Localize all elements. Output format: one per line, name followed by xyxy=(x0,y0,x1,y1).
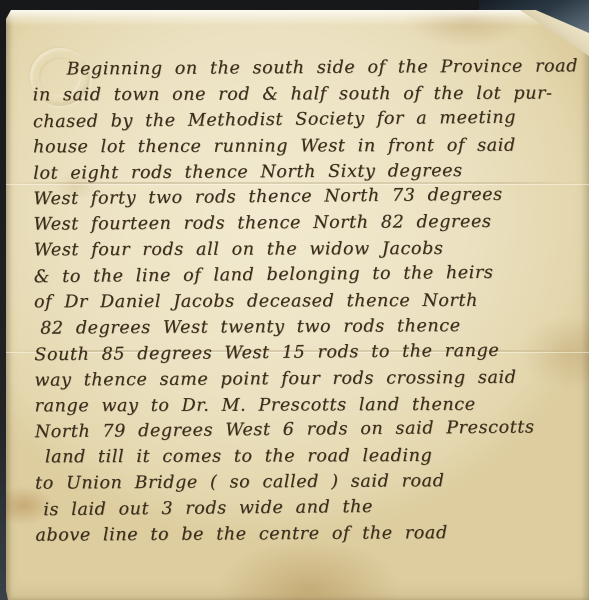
manuscript-line: & to the line of land belonging to the h… xyxy=(34,260,586,291)
manuscript-line: is laid out 3 rods wide and the xyxy=(35,493,587,524)
manuscript-line: above line to be the centre of the road xyxy=(35,520,587,549)
manuscript-line: Beginning on the south side of the Provi… xyxy=(33,54,585,83)
manuscript-line: house lot thence running West in front o… xyxy=(33,133,585,161)
scanned-document-background: { "document": { "lines": [ "Beginning on… xyxy=(0,0,589,600)
manuscript-line: way thence same point four rods crossing… xyxy=(34,365,586,394)
manuscript-line: West fourteen rods thence North 82 degre… xyxy=(33,210,585,239)
manuscript-line: West forty two rods thence North 73 degr… xyxy=(33,182,585,213)
manuscript-line: land till it comes to the road leading xyxy=(35,444,587,472)
handwritten-text-block: Beginning on the south side of the Provi… xyxy=(33,54,588,549)
manuscript-line: chased by the Methodist Society for a me… xyxy=(33,105,585,136)
manuscript-line: South 85 degrees West 15 rods to the ran… xyxy=(34,338,586,369)
document-page: Beginning on the south side of the Provi… xyxy=(6,10,589,600)
manuscript-line: North 79 degrees West 6 rods on said Pre… xyxy=(35,415,587,446)
manuscript-line: of Dr Daniel Jacobs deceased thence Nort… xyxy=(34,288,586,316)
